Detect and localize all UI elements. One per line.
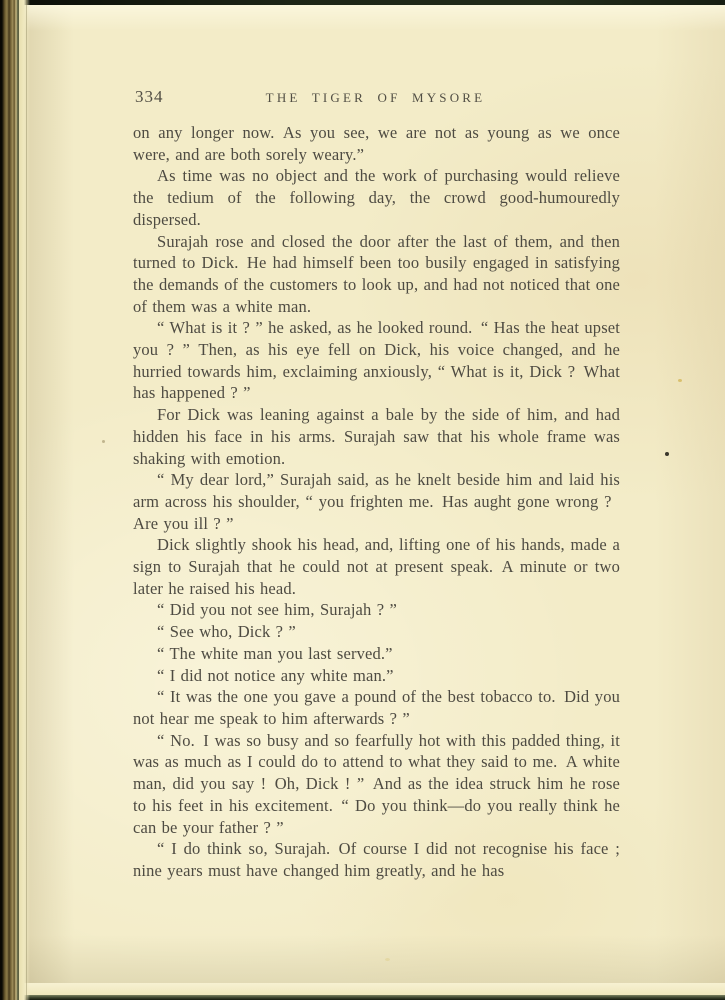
scanned-book-page: 334 THE TIGER OF MYSORE on any longer no…	[0, 0, 725, 1000]
paragraph-6: “ My dear lord,” Surajah said, as he kne…	[133, 469, 620, 534]
bottom-page-edges	[0, 983, 725, 995]
paragraph-9: “ See who, Dick ? ”	[133, 621, 620, 643]
running-head: 334 THE TIGER OF MYSORE	[133, 87, 618, 107]
paragraph-11: “ I did not notice any white man.”	[133, 665, 620, 687]
paragraph-13: “ No. I was so busy and so fearfully hot…	[133, 730, 620, 839]
top-page-edges	[0, 5, 725, 31]
left-page-edge-line	[26, 0, 27, 1000]
book-binding	[0, 0, 19, 1000]
paper-speck	[102, 440, 105, 443]
left-page-edges	[19, 0, 30, 1000]
paragraph-5: For Dick was leaning against a bale by t…	[133, 404, 620, 469]
paper-speck	[385, 958, 390, 961]
bottom-shadow	[0, 935, 725, 983]
running-title: THE TIGER OF MYSORE	[133, 90, 618, 106]
paragraph-3: Surajah rose and closed the door after t…	[133, 231, 620, 318]
paragraph-14: “ I do think so, Surajah. Of course I di…	[133, 838, 620, 881]
body-text: on any longer now. As you see, we are no…	[133, 122, 620, 882]
paragraph-10: “ The white man you last served.”	[133, 643, 620, 665]
paragraph-1: on any longer now. As you see, we are no…	[133, 122, 620, 165]
top-board-edge	[0, 0, 725, 5]
paragraph-8: “ Did you not see him, Surajah ? ”	[133, 599, 620, 621]
paragraph-7: Dick slightly shook his head, and, lifti…	[133, 534, 620, 599]
right-edge-shade	[655, 0, 725, 1000]
paragraph-12: “ It was the one you gave a pound of the…	[133, 686, 620, 729]
bottom-board-edge	[0, 995, 725, 1000]
paragraph-2: As time was no object and the work of pu…	[133, 165, 620, 230]
ink-speck	[665, 452, 669, 456]
paragraph-4: “ What is it ? ” he asked, as he looked …	[133, 317, 620, 404]
paper-speck	[678, 379, 682, 382]
